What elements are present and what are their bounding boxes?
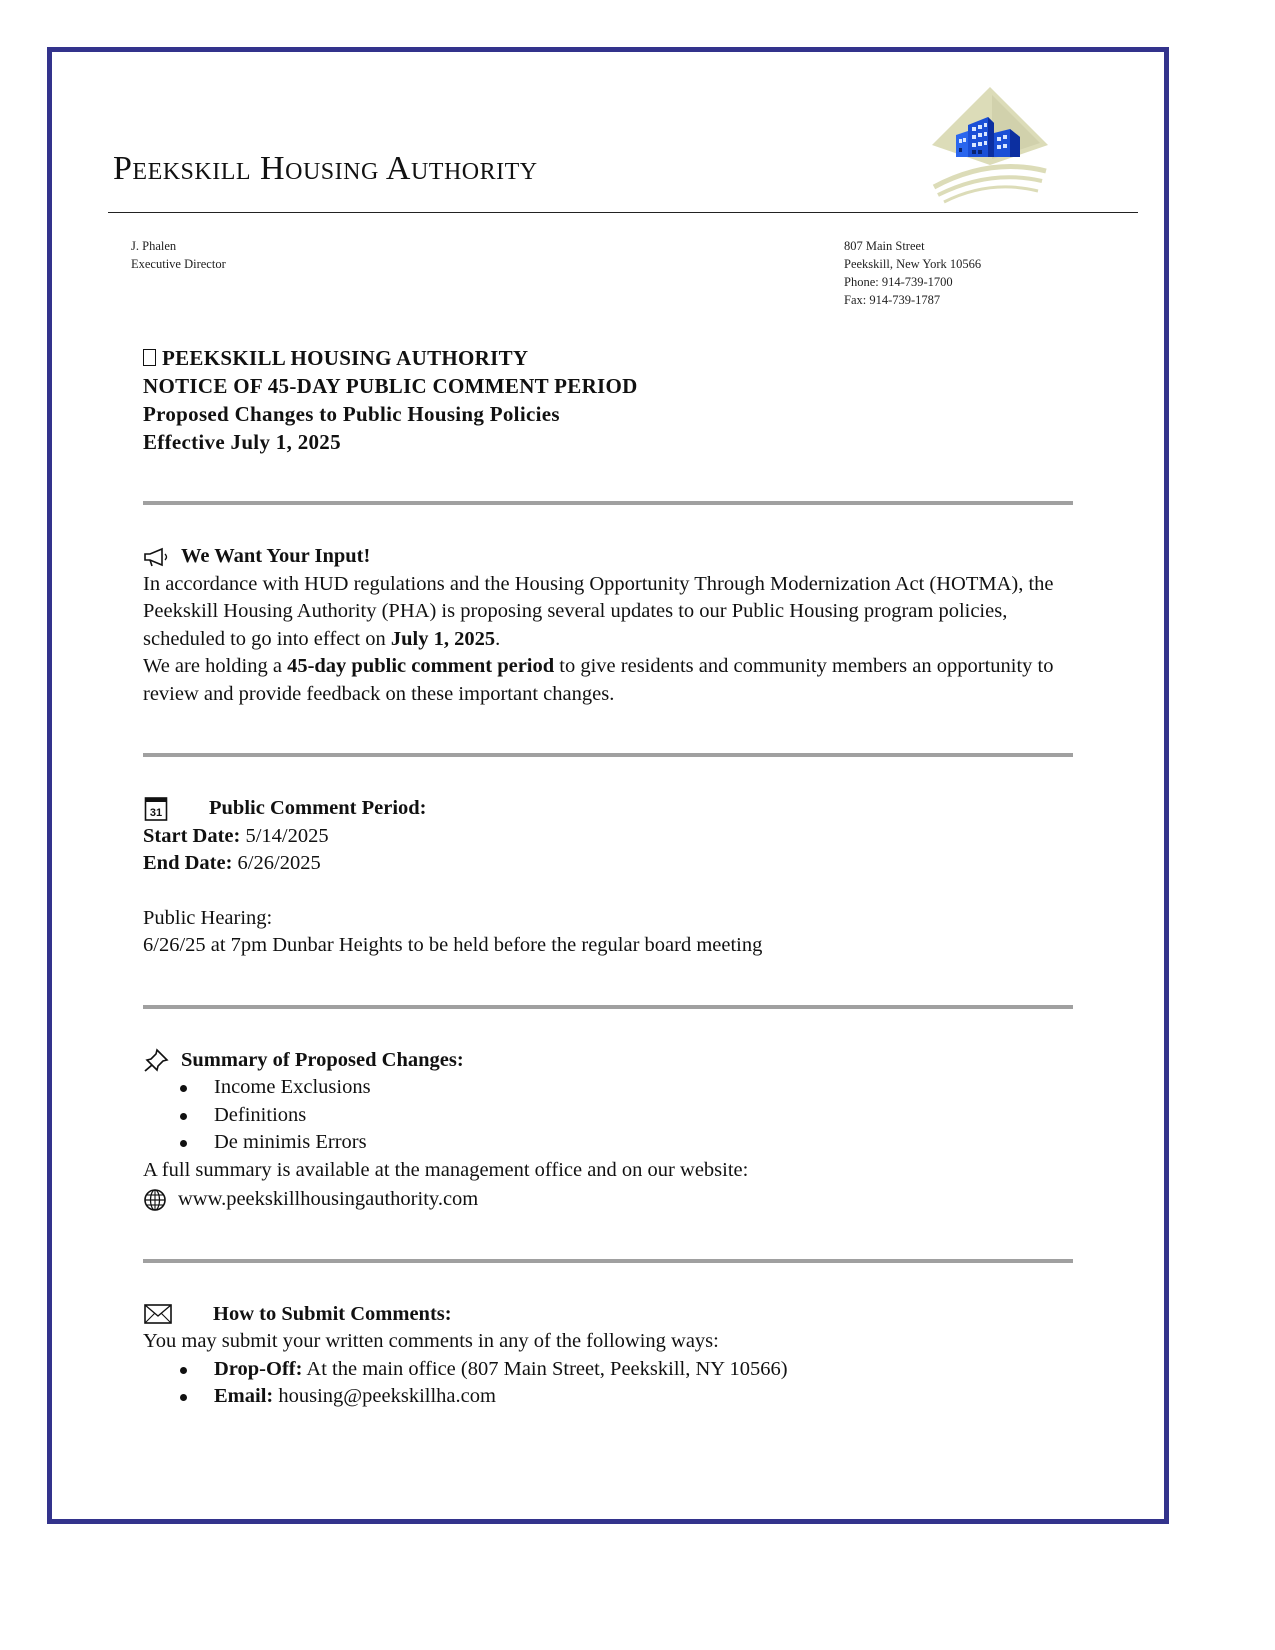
website-link[interactable]: www.peekskillhousingauthority.com [178, 1186, 478, 1214]
address-line2: Peekskill, New York 10566 [844, 255, 981, 273]
svg-text:31: 31 [150, 807, 162, 819]
address-line1: 807 Main Street [844, 237, 981, 255]
hearing-label: Public Hearing: [143, 905, 1073, 933]
header-divider [108, 212, 1138, 213]
envelope-icon [143, 1302, 173, 1326]
end-date: End Date: 6/26/2025 [143, 850, 1073, 878]
list-item: De minimis Errors [143, 1129, 1073, 1157]
list-item: Email: housing@peekskillha.com [143, 1383, 1073, 1411]
notice-line4: Effective July 1, 2025 [143, 428, 1073, 456]
pushpin-icon [143, 1048, 169, 1072]
website-line: www.peekskillhousingauthority.com [143, 1186, 1073, 1214]
org-title: Peekskill Housing Authority [113, 150, 538, 188]
building-logo-icon [930, 87, 1050, 205]
period-heading: 31 Public Comment Period: [143, 795, 1073, 823]
hearing-detail: 6/26/25 at 7pm Dunbar Heights to be held… [143, 932, 1073, 960]
notice-heading: PEEKSKILL HOUSING AUTHORITY NOTICE OF 45… [143, 344, 1073, 456]
submit-methods-list: Drop-Off: At the main office (807 Main S… [143, 1356, 1073, 1411]
email-link[interactable]: housing@peekskillha.com [273, 1385, 496, 1407]
office-contact: 807 Main Street Peekskill, New York 1056… [844, 237, 981, 309]
period-section: 31 Public Comment Period: Start Date: 5/… [143, 795, 1073, 960]
changes-list: Income Exclusions Definitions De minimis… [143, 1074, 1073, 1157]
director-contact: J. Phalen Executive Director [131, 237, 226, 273]
submit-heading: How to Submit Comments: [143, 1301, 1073, 1329]
notice-line3: Proposed Changes to Public Housing Polic… [143, 400, 1073, 428]
notice-content: PEEKSKILL HOUSING AUTHORITY NOTICE OF 45… [143, 344, 1073, 1411]
input-section: We Want Your Input! In accordance with H… [143, 543, 1073, 708]
availability-text: A full summary is available at the manag… [143, 1157, 1073, 1185]
director-title: Executive Director [131, 255, 226, 273]
calendar-icon: 31 [143, 797, 169, 821]
fax-number: Fax: 914-739-1787 [844, 291, 981, 309]
list-item: Drop-Off: At the main office (807 Main S… [143, 1356, 1073, 1384]
submit-intro: You may submit your written comments in … [143, 1328, 1073, 1356]
notice-line2: NOTICE OF 45-DAY PUBLIC COMMENT PERIOD [143, 372, 1073, 400]
globe-icon [143, 1188, 167, 1212]
start-date: Start Date: 5/14/2025 [143, 823, 1073, 851]
input-heading: We Want Your Input! [143, 543, 1073, 571]
missing-glyph-icon [143, 349, 156, 366]
summary-section: Summary of Proposed Changes: Income Excl… [143, 1047, 1073, 1214]
phone-number: Phone: 914-739-1700 [844, 273, 981, 291]
list-item: Definitions [143, 1102, 1073, 1130]
director-name: J. Phalen [131, 237, 226, 255]
input-paragraph-1: In accordance with HUD regulations and t… [143, 571, 1073, 654]
summary-heading: Summary of Proposed Changes: [143, 1047, 1073, 1075]
document-page: Peekskill Housing Authority J. Phalen Ex… [0, 0, 1275, 1650]
megaphone-icon [143, 545, 169, 569]
list-item: Income Exclusions [143, 1074, 1073, 1102]
notice-line1: PEEKSKILL HOUSING AUTHORITY [143, 344, 1073, 372]
submit-section: How to Submit Comments: You may submit y… [143, 1301, 1073, 1411]
input-paragraph-2: We are holding a 45-day public comment p… [143, 653, 1073, 708]
